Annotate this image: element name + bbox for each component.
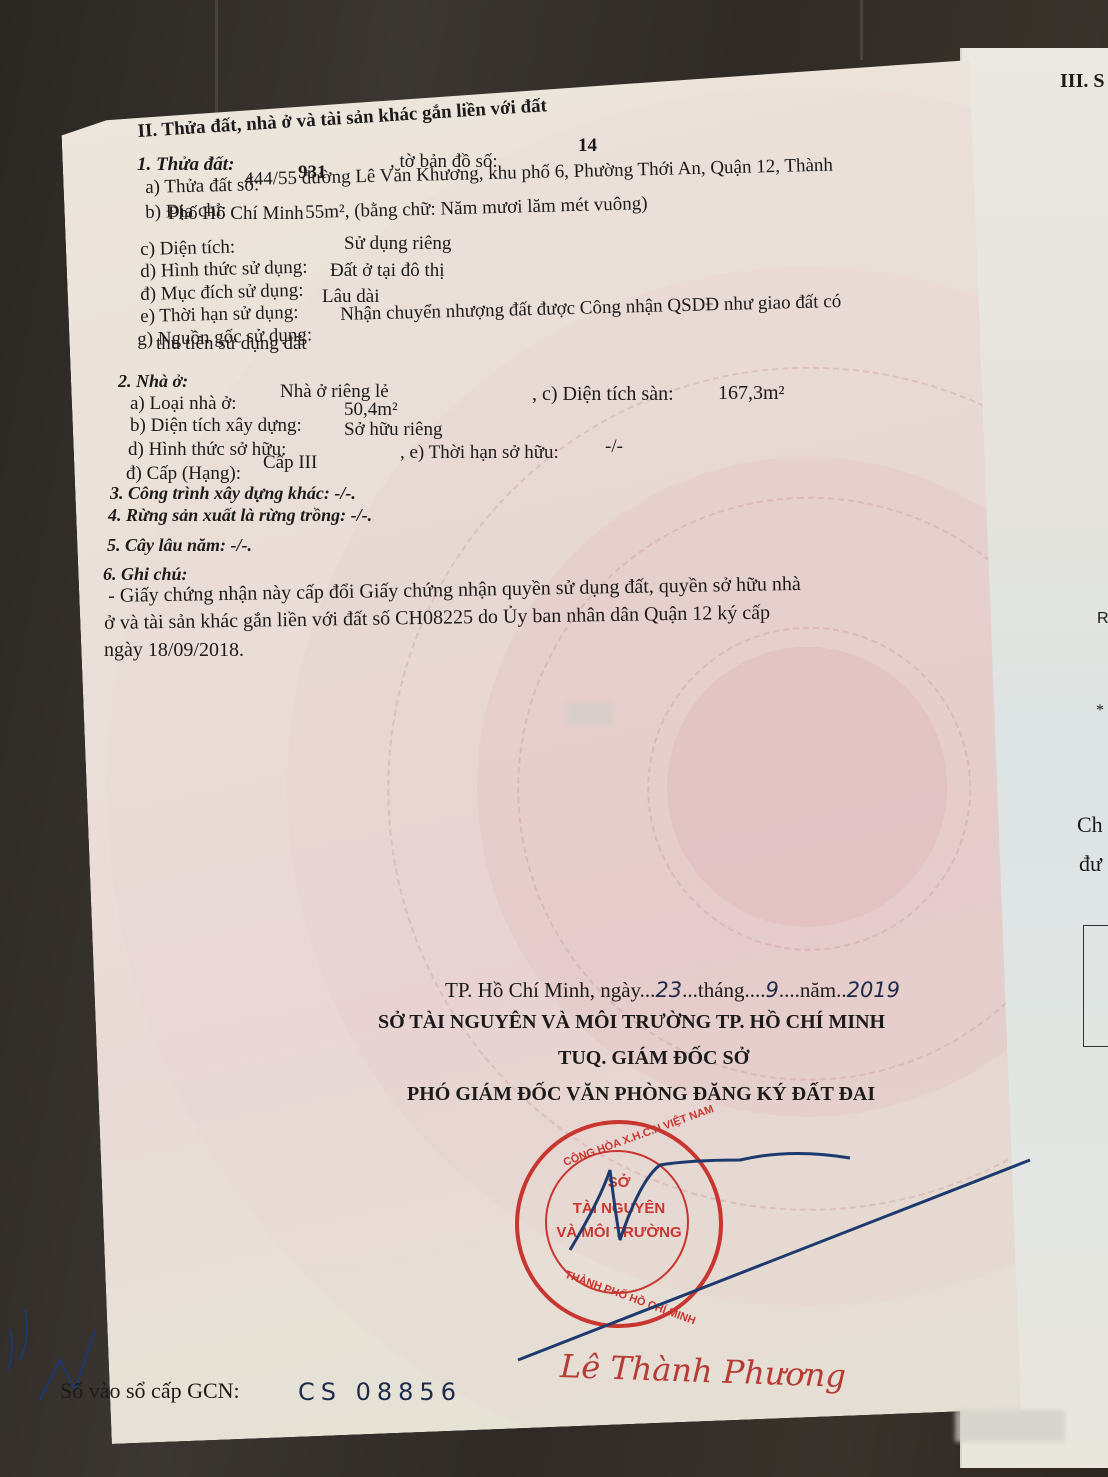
register-label: Số vào sổ cấp GCN: [60,1380,240,1402]
blurred-watermark [955,1410,1065,1442]
signature-strokes [0,0,1108,1477]
register-number: CS 08856 [298,1380,462,1404]
